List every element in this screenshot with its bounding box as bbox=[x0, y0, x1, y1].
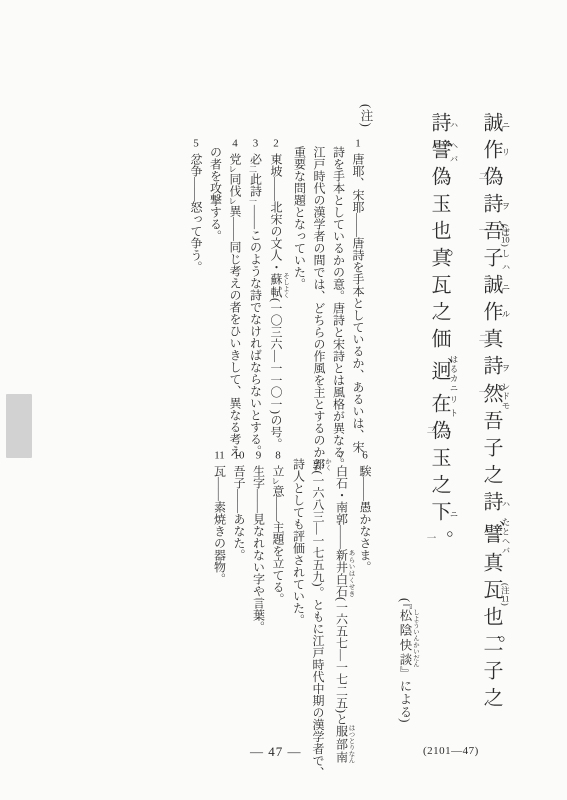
note-number: 10 bbox=[233, 450, 245, 461]
kanbun-char: 作ル二 bbox=[480, 301, 502, 328]
kanbun-char: 瓦 bbox=[428, 274, 450, 301]
kanbun-char: 在リト二 bbox=[428, 393, 450, 420]
kanbun-main-text: 誠ニ作リ二偽詩ヲ一、吾ご(注10)子しハ誠ニ作ル二真詩ヲ一。然レドモ吾子之詩ハ、… bbox=[413, 112, 517, 772]
note-line: の者を攻撃する。 bbox=[205, 138, 225, 494]
note-line: 3必二此詩一――このような詩でなければならないとする。 bbox=[245, 138, 266, 494]
kanbun-char: 也。 bbox=[428, 220, 450, 247]
kanbun-char: 子しハ bbox=[480, 247, 502, 274]
note-item-4: 4党レ同伐レ異――同じ考えの者をひいきして、異なる考えの者を攻撃する。 bbox=[205, 138, 245, 494]
note-number: 2 bbox=[270, 138, 282, 149]
kanbun-char: 詩ハ、 bbox=[480, 491, 502, 518]
kanbun-char: 之 bbox=[428, 474, 450, 501]
note-item-9: 9生字――見なれない字や言葉。 bbox=[248, 450, 268, 780]
note-line: 9生字――見なれない字や言葉。 bbox=[248, 450, 268, 780]
kanbun-char: 真 bbox=[428, 247, 450, 274]
page-number: — 47 — bbox=[250, 744, 302, 760]
note-number: 6 bbox=[359, 450, 371, 461]
note-item-1: 1唐耶、宋耶――唐詩を手本としているか、あるいは、宋詩を手本としているかの意。唐… bbox=[289, 138, 367, 494]
kanbun-column-2: 詩ハ、譬ヘバ偽玉也。真瓦之価、迥はるカニ在リト二偽玉之下ニ一。 bbox=[413, 112, 465, 772]
note-line: 江戸時代の漢学者の間では、どちらの作風を主とするのかが bbox=[309, 138, 329, 494]
kanbun-char: 真 bbox=[480, 328, 502, 355]
note-item-3: 3必二此詩一――このような詩でなければならないとする。 bbox=[245, 138, 266, 494]
note-line: 11瓦――素焼きの器物。 bbox=[209, 450, 229, 780]
note-line: 4党レ同伐レ異――同じ考えの者をひいきして、異なる考え bbox=[225, 138, 246, 494]
note-line: 6騃――愚かなさま。 bbox=[355, 450, 375, 780]
kanbun-char: 詩ヲ一。 bbox=[480, 355, 502, 382]
note-number: 9 bbox=[253, 450, 265, 461]
note-reference: (注10) bbox=[500, 224, 509, 247]
kanbun-char: 玉 bbox=[428, 193, 450, 220]
note-line: 詩人としても評価されていた。 bbox=[288, 450, 308, 780]
kaeriten-mark: レ bbox=[228, 197, 237, 205]
note-line: 5忿争――怒って争う。 bbox=[186, 138, 206, 494]
kanbun-char: 譬たとヘバ bbox=[480, 518, 502, 552]
note-number: 3 bbox=[250, 138, 262, 149]
note-item-7: 7白石・南郭――新井白石あらいはくせき(一六五七―一七二五)と服部南はつとりなん… bbox=[288, 450, 355, 780]
note-line: 重要な問題となっていた。 bbox=[289, 138, 309, 494]
kanbun-char: 子 bbox=[480, 660, 502, 687]
kanbun-char: 迥はるカニ bbox=[428, 355, 450, 393]
note-line: 10吾子――あなた。 bbox=[229, 450, 249, 780]
kaeriten-mark: レ bbox=[271, 477, 280, 485]
kanbun-char: 下ニ一。 bbox=[428, 501, 450, 528]
kaeriten-mark: 二 bbox=[249, 165, 258, 173]
kaeriten-mark: レ bbox=[228, 165, 237, 173]
kanbun-char: 然レドモ bbox=[480, 382, 502, 410]
notes-header-label: (注) bbox=[357, 104, 375, 128]
kanbun-char: 詩ハ、 bbox=[428, 112, 450, 139]
kanbun-char: 吾ご(注10) bbox=[480, 220, 502, 247]
kanbun-char: 瓦(注11) bbox=[480, 579, 502, 606]
kanbun-column-1: 誠ニ作リ二偽詩ヲ一、吾ご(注10)子しハ誠ニ作ル二真詩ヲ一。然レドモ吾子之詩ハ、… bbox=[465, 112, 517, 772]
kanbun-char: 作リ二 bbox=[480, 139, 502, 166]
kanbun-char: 偽 bbox=[428, 166, 450, 193]
note-number: 8 bbox=[272, 450, 284, 461]
note-number: 11 bbox=[214, 450, 226, 461]
note-item-2: 2東坡――北宋の文人・蘇軾そしよく(一〇三六―一一〇一)の号。 bbox=[266, 138, 290, 494]
note-item-11: 11瓦――素焼きの器物。 bbox=[209, 450, 229, 780]
source-attribution: (『松陰快談しよういんかいだん』による) bbox=[396, 598, 419, 723]
note-line: 2東坡――北宋の文人・蘇軾そしよく(一〇三六―一一〇一)の号。 bbox=[266, 138, 290, 494]
kaeriten-mark: 一 bbox=[249, 197, 258, 205]
note-item-8: 8立レ意――主題を立てる。 bbox=[268, 450, 289, 780]
note-line: 1唐耶、宋耶――唐詩を手本としているか、あるいは、宋 bbox=[348, 138, 368, 494]
notes-upper-row: 1唐耶、宋耶――唐詩を手本としているか、あるいは、宋詩を手本としているかの意。唐… bbox=[186, 138, 368, 494]
note-number: 1 bbox=[352, 138, 364, 149]
note-item-6: 6騃――愚かなさま。 bbox=[355, 450, 375, 780]
kanbun-char: 二 bbox=[480, 633, 502, 660]
kanbun-char: 之 bbox=[480, 464, 502, 491]
kanbun-char: 誠ニ bbox=[480, 112, 502, 139]
note-reference: (注11) bbox=[500, 583, 509, 606]
kanbun-char: 之 bbox=[428, 301, 450, 328]
kanbun-char: 之 bbox=[480, 687, 502, 714]
notes-lower-row: 6騃――愚かなさま。7白石・南郭――新井白石あらいはくせき(一六五七―一七二五)… bbox=[209, 450, 374, 780]
kanbun-char: 玉 bbox=[428, 447, 450, 474]
kanbun-char: 誠ニ bbox=[480, 274, 502, 301]
kanbun-char: 也。 bbox=[480, 606, 502, 633]
exam-page: 誠ニ作リ二偽詩ヲ一、吾ご(注10)子しハ誠ニ作ル二真詩ヲ一。然レドモ吾子之詩ハ、… bbox=[0, 0, 567, 800]
note-number: 5 bbox=[190, 138, 202, 149]
note-line: 8立レ意――主題を立てる。 bbox=[268, 450, 289, 780]
kanbun-char: 偽 bbox=[428, 420, 450, 447]
note-item-10: 10吾子――あなた。 bbox=[229, 450, 249, 780]
kanbun-char: 子 bbox=[480, 437, 502, 464]
kanbun-char: 価、 bbox=[428, 328, 450, 355]
document-code: (2101—47) bbox=[423, 745, 479, 757]
kanbun-char: 吾 bbox=[480, 410, 502, 437]
note-number: 7 bbox=[336, 450, 348, 461]
note-line: 詩を手本としているかの意。唐詩と宋詩とは風格が異なる。 bbox=[328, 138, 348, 494]
kanbun-char: 偽 bbox=[480, 166, 502, 193]
note-number: 4 bbox=[229, 138, 241, 149]
kanbun-char: 真 bbox=[480, 552, 502, 579]
note-line: 7白石・南郭――新井白石あらいはくせき(一六五七―一七二五)と服部南はつとりなん bbox=[331, 450, 355, 780]
kanbun-char: 詩ヲ一、 bbox=[480, 193, 502, 220]
kanbun-char: 譬ヘバ bbox=[428, 139, 450, 166]
punctuation-mark: 。 bbox=[433, 530, 452, 549]
note-line: 郭かく(一六八三―一七五九)。ともに江戸時代中期の漢学者で、 bbox=[308, 450, 332, 780]
scan-binding-mark bbox=[6, 394, 32, 458]
note-item-5: 5忿争――怒って争う。 bbox=[186, 138, 206, 494]
